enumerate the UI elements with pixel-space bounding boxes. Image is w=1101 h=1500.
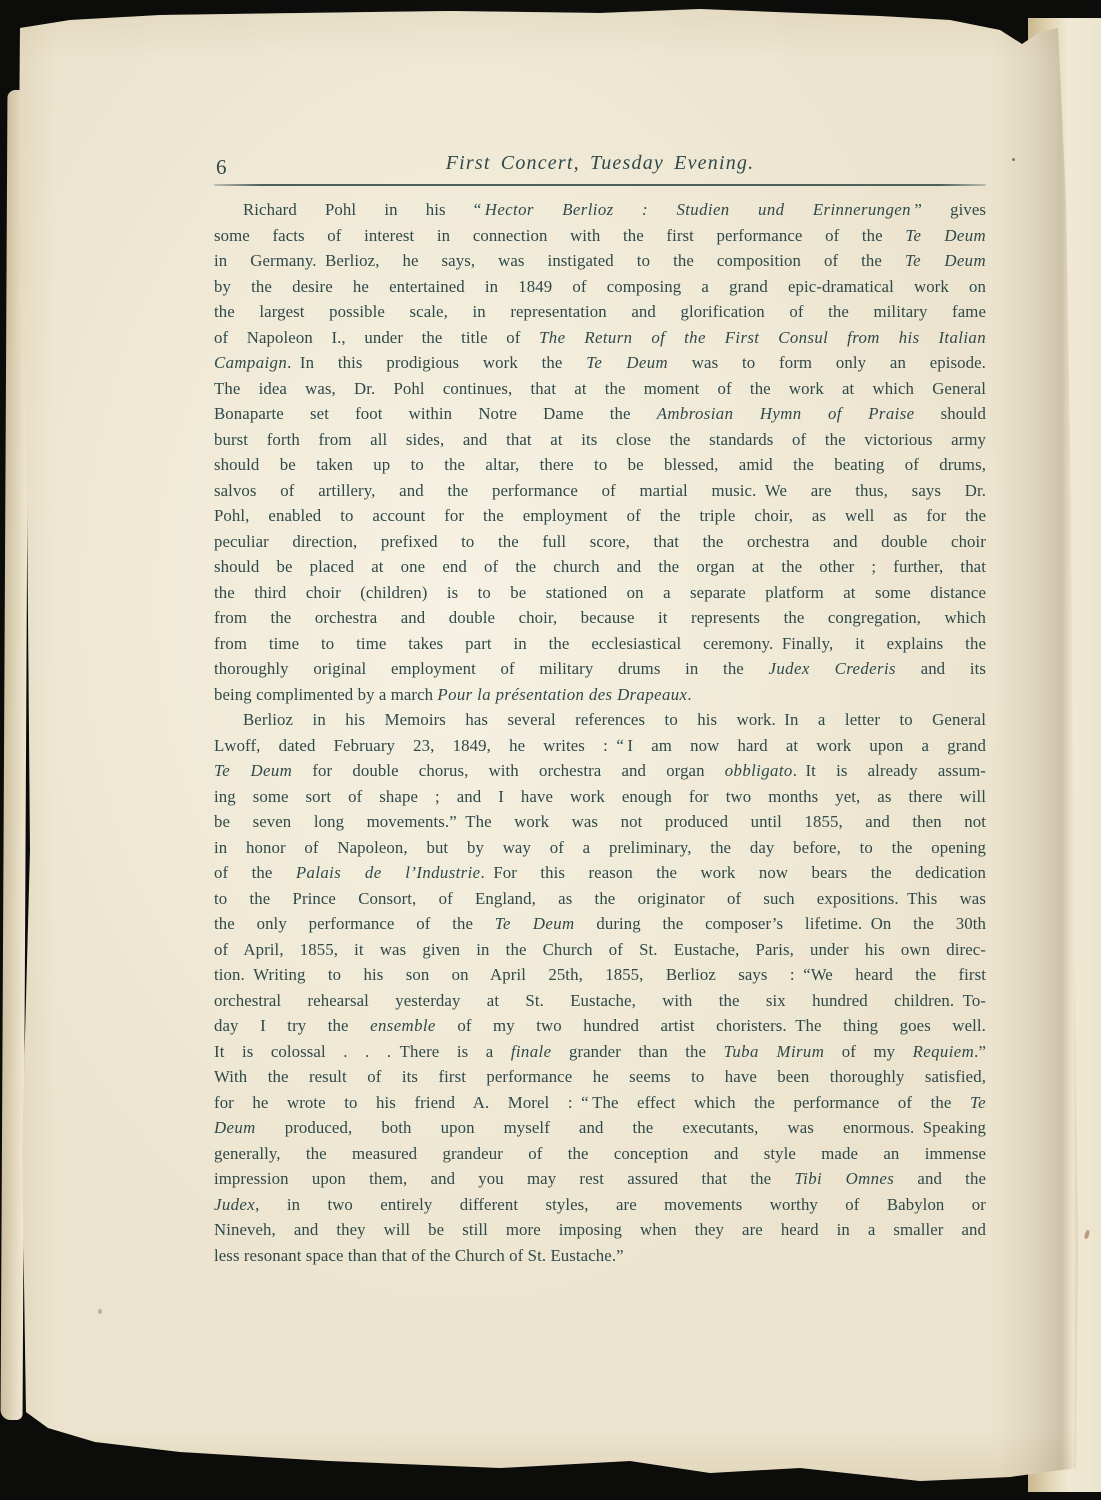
text-line: in honor of Napoleon, but by way of a pr… xyxy=(214,835,986,861)
text-line: Pohl, enabled to account for the employm… xyxy=(214,503,986,529)
text-line: Judex, in two entirely different styles,… xyxy=(214,1192,986,1218)
text-line: impression upon them, and you may rest a… xyxy=(214,1166,986,1192)
text-line: burst forth from all sides, and that at … xyxy=(214,427,986,453)
text-line: being complimented by a march Pour la pr… xyxy=(214,682,986,708)
text-line: ing some sort of shape ; and I have work… xyxy=(214,784,986,810)
text-line: orchestral rehearsal yesterday at St. Eu… xyxy=(214,988,986,1014)
text-line: generally, the measured grandeur of the … xyxy=(214,1141,986,1167)
text-line: Te Deum for double chorus, with orchestr… xyxy=(214,758,986,784)
text-line: Bonaparte set foot within Notre Dame the… xyxy=(214,401,986,427)
running-header: 6 First Concert, Tuesday Evening. xyxy=(214,146,986,182)
text-line: from the orchestra and double choir, bec… xyxy=(214,605,986,631)
text-line: from time to time takes part in the eccl… xyxy=(214,631,986,657)
text-line: Nineveh, and they will be still more imp… xyxy=(214,1217,986,1243)
page-number: 6 xyxy=(216,155,227,180)
text-line: Campaign. In this prodigious work the Te… xyxy=(214,350,986,376)
text-line: to the Prince Consort, of England, as th… xyxy=(214,886,986,912)
text-line: Lwoff, dated February 23, 1849, he write… xyxy=(214,733,986,759)
text-line: thoroughly original employment of milita… xyxy=(214,656,986,682)
text-line: the third choir (children) is to be stat… xyxy=(214,580,986,606)
text-line: the only performance of the Te Deum duri… xyxy=(214,911,986,937)
text-line: for he wrote to his friend A. Morel : “ … xyxy=(214,1090,986,1116)
text-line: in Germany. Berlioz, he says, was instig… xyxy=(214,248,986,274)
text-line: tion. Writing to his son on April 25th, … xyxy=(214,962,986,988)
page-content: 6 First Concert, Tuesday Evening. Richar… xyxy=(214,146,986,1268)
text-line: of April, 1855, it was given in the Chur… xyxy=(214,937,986,963)
text-line: by the desire he entertained in 1849 of … xyxy=(214,274,986,300)
text-line: Richard Pohl in his “ Hector Berlioz : S… xyxy=(214,197,986,223)
book-page: 6 First Concert, Tuesday Evening. Richar… xyxy=(0,0,1101,1500)
text-line: salvos of artillery, and the performance… xyxy=(214,478,986,504)
text-line: less resonant space than that of the Chu… xyxy=(214,1243,986,1269)
stray-ink-dot xyxy=(1012,158,1015,161)
text-line: The idea was, Dr. Pohl continues, that a… xyxy=(214,376,986,402)
text-line: the largest possible scale, in represent… xyxy=(214,299,986,325)
paragraph-1: Richard Pohl in his “ Hector Berlioz : S… xyxy=(214,197,986,707)
header-rule xyxy=(214,184,986,186)
text-line: of the Palais de l’Industrie. For this r… xyxy=(214,860,986,886)
running-header-title: First Concert, Tuesday Evening. xyxy=(214,146,986,175)
text-line: With the result of its first performance… xyxy=(214,1064,986,1090)
text-line: peculiar direction, prefixed to the full… xyxy=(214,529,986,555)
text-line: should be taken up to the altar, there t… xyxy=(214,452,986,478)
text-line: It is colossal . . . There is a finale g… xyxy=(214,1039,986,1065)
text-line: Deum produced, both upon myself and the … xyxy=(214,1115,986,1141)
text-line: should be placed at one end of the churc… xyxy=(214,554,986,580)
text-line: Berlioz in his Memoirs has several refer… xyxy=(214,707,986,733)
paper-speck xyxy=(98,1309,102,1314)
text-line: some facts of interest in connection wit… xyxy=(214,223,986,249)
text-line: of Napoleon I., under the title of The R… xyxy=(214,325,986,351)
body-text: Richard Pohl in his “ Hector Berlioz : S… xyxy=(214,197,986,1268)
paragraph-2: Berlioz in his Memoirs has several refer… xyxy=(214,707,986,1268)
text-line: be seven long movements.” The work was n… xyxy=(214,809,986,835)
text-line: day I try the ensemble of my two hundred… xyxy=(214,1013,986,1039)
scan-background: 6 First Concert, Tuesday Evening. Richar… xyxy=(0,0,1101,1500)
